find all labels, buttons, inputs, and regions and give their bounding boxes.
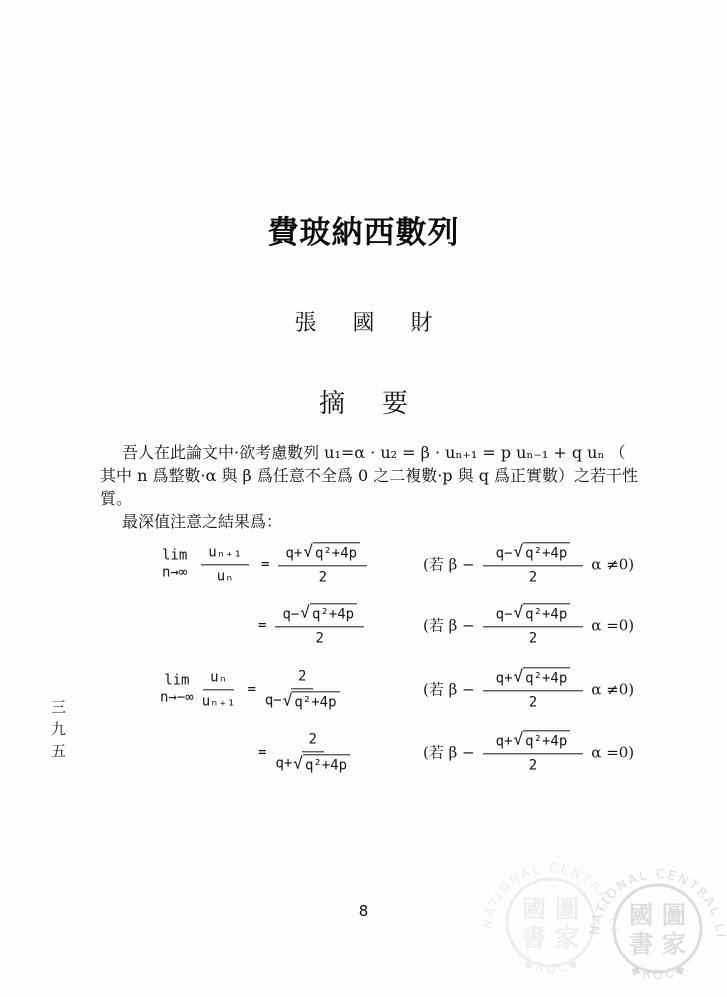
fraction-denominator: 2	[529, 628, 537, 648]
formula-row-2: = q−√q²+4p 2 (若 β − q−√q²+4p 2 α =0)	[0, 592, 727, 658]
seal-character: 家	[555, 924, 579, 953]
radicand: q²+4p	[523, 667, 570, 687]
formula-row-1: lim n→∞ uₙ₊₁ uₙ = q+√q²+4p 2 (若 β − q−√q…	[0, 528, 727, 600]
square-root: √q²+4p	[514, 542, 571, 562]
radical-sign: √	[514, 543, 524, 559]
radicand: q²+4p	[523, 542, 570, 562]
radicand: q²+4p	[523, 603, 570, 623]
condition-close: α ≠0)	[591, 680, 634, 698]
abstract-line-2: 其中 n 爲整數·α 與 β 爲任意不全爲 0 之二複數·p 與 q 爲正實數）…	[100, 464, 662, 510]
seal-ring	[507, 879, 594, 966]
square-root: √q²+4p	[283, 692, 340, 712]
result-fraction: 2 q+√q²+4p	[275, 729, 350, 774]
condition-clause: (若 β − q−√q²+4p 2 α =0)	[423, 602, 634, 647]
side-page-number: 三九五	[48, 699, 69, 765]
equals-sign: =	[261, 556, 269, 572]
condition-fraction: q+√q²+4p 2	[483, 666, 584, 711]
radicand: q²+4p	[523, 730, 570, 750]
result-fraction: 2 q−√q²+4p	[265, 666, 340, 711]
seal-arc-text: NATIONAL CENTRAL LIBRARY	[478, 850, 621, 934]
result-fraction: q+√q²+4p 2	[278, 541, 367, 586]
radicand: q²+4p	[303, 755, 350, 775]
library-seal-watermark-left: NATIONAL CENTRAL LIBRARY ◆ROC◆ 國 圖 書 家	[478, 850, 623, 995]
u-ratio-fraction: uₙ uₙ₊₁	[202, 667, 236, 710]
fraction-numerator: 2	[302, 729, 324, 752]
square-root: √q²+4p	[293, 755, 350, 775]
square-root: √q²+4p	[303, 542, 360, 562]
seal-character: 書	[522, 924, 546, 953]
seal-ring	[614, 885, 701, 972]
condition-close: α =0)	[591, 616, 634, 634]
limit-subscript: n→∞	[162, 564, 187, 581]
radicand: q²+4p	[292, 692, 339, 712]
seal-character: 家	[662, 930, 686, 959]
limit-operator: lim n→−∞	[160, 672, 194, 706]
condition-open: (若 β −	[423, 615, 475, 636]
author-name: 張國財	[0, 306, 727, 337]
radicand: q²+4p	[310, 603, 357, 623]
radical-sign: √	[303, 543, 313, 559]
condition-fraction: q−√q²+4p 2	[483, 602, 584, 647]
fraction-numerator: uₙ₊₁	[201, 542, 249, 565]
radicand-prefix: q−	[265, 692, 282, 710]
seal-bottom-text: ◆ROC◆	[522, 953, 583, 976]
fraction-denominator: q+√q²+4p	[275, 753, 350, 775]
formula-row-4: = 2 q+√q²+4p (若 β − q+√q²+4p 2 α =0)	[0, 717, 727, 787]
fraction-denominator: 2	[529, 692, 537, 712]
fraction-numerator: uₙ	[203, 667, 234, 690]
seal-arc-text: NATIONAL CENTRAL LIBRARY	[585, 856, 727, 940]
condition-fraction: q−√q²+4p 2	[483, 541, 584, 586]
radicand: q²+4p	[313, 542, 360, 562]
limit-lim: lim	[162, 547, 187, 564]
condition-close: α =0)	[591, 743, 634, 761]
fraction-denominator: 2	[319, 567, 327, 587]
abstract-heading: 摘要	[0, 383, 727, 420]
equals-sign: =	[258, 744, 266, 760]
radicand-prefix: q+	[285, 544, 302, 562]
condition-close: α ≠0)	[591, 555, 634, 573]
paper-title: 費玻納西數列	[0, 207, 727, 252]
seal-character: 書	[629, 930, 653, 959]
radical-sign: √	[514, 668, 524, 684]
fraction-numerator: q−√q²+4p	[483, 602, 584, 627]
condition-clause: (若 β − q−√q²+4p 2 α ≠0)	[423, 541, 634, 586]
radicand-prefix: q+	[496, 669, 513, 687]
radicand-prefix: q+	[496, 732, 513, 750]
fraction-denominator: 2	[529, 567, 537, 587]
condition-fraction: q+√q²+4p 2	[483, 729, 584, 774]
condition-clause: (若 β − q+√q²+4p 2 α ≠0)	[423, 666, 634, 711]
library-seal-watermark-right: NATIONAL CENTRAL LIBRARY ◆ROC◆ 國 圖 書 家	[585, 856, 727, 997]
fraction-numerator: 2	[291, 666, 313, 689]
square-root: √q²+4p	[300, 603, 357, 623]
fraction-numerator: q−√q²+4p	[483, 541, 584, 566]
fraction-denominator: q−√q²+4p	[265, 690, 340, 712]
radical-sign: √	[300, 604, 310, 620]
radicand-prefix: q+	[275, 755, 292, 773]
condition-open: (若 β −	[423, 679, 475, 700]
fraction-denominator: uₙ₊₁	[202, 691, 236, 711]
page-number: 8	[0, 902, 727, 920]
square-root: √q²+4p	[514, 603, 571, 623]
fraction-numerator: q+√q²+4p	[483, 729, 584, 754]
square-root: √q²+4p	[514, 730, 571, 750]
fraction-denominator: 2	[316, 628, 324, 648]
limit-subscript: n→−∞	[160, 689, 194, 706]
document-page: 費玻納西數列 張國財 摘要 吾人在此論文中·欲考慮數列 u₁=α · u₂ = …	[0, 0, 727, 997]
radicand-prefix: q−	[496, 605, 513, 623]
limit-lim: lim	[164, 672, 189, 689]
fraction-numerator: q+√q²+4p	[278, 541, 367, 566]
u-ratio-fraction: uₙ₊₁ uₙ	[201, 542, 249, 585]
equals-sign: =	[247, 681, 255, 697]
condition-open: (若 β −	[423, 554, 475, 575]
abstract-line-1: 吾人在此論文中·欲考慮數列 u₁=α · u₂ = β · uₙ₊₁ = p u…	[100, 441, 662, 464]
radicand-prefix: q−	[282, 605, 299, 623]
fraction-denominator: uₙ	[217, 566, 234, 586]
result-fraction: q−√q²+4p 2	[275, 602, 364, 647]
radical-sign: √	[293, 756, 303, 772]
formula-row-3: lim n→−∞ uₙ uₙ₊₁ = 2 q−√q²+4p (若 β − q+√…	[0, 652, 727, 726]
radical-sign: √	[514, 731, 524, 747]
radical-sign: √	[514, 604, 524, 620]
fraction-numerator: q+√q²+4p	[483, 666, 584, 691]
radical-sign: √	[283, 693, 293, 709]
seal-bottom-text: ◆ROC◆	[629, 959, 690, 982]
fraction-denominator: 2	[529, 755, 537, 775]
condition-open: (若 β −	[423, 742, 475, 763]
limit-operator: lim n→∞	[162, 547, 187, 581]
fraction-numerator: q−√q²+4p	[275, 602, 364, 627]
condition-clause: (若 β − q+√q²+4p 2 α =0)	[423, 729, 634, 774]
square-root: √q²+4p	[514, 667, 571, 687]
equals-sign: =	[258, 617, 266, 633]
radicand-prefix: q−	[496, 544, 513, 562]
abstract-paragraph: 吾人在此論文中·欲考慮數列 u₁=α · u₂ = β · uₙ₊₁ = p u…	[100, 441, 662, 533]
